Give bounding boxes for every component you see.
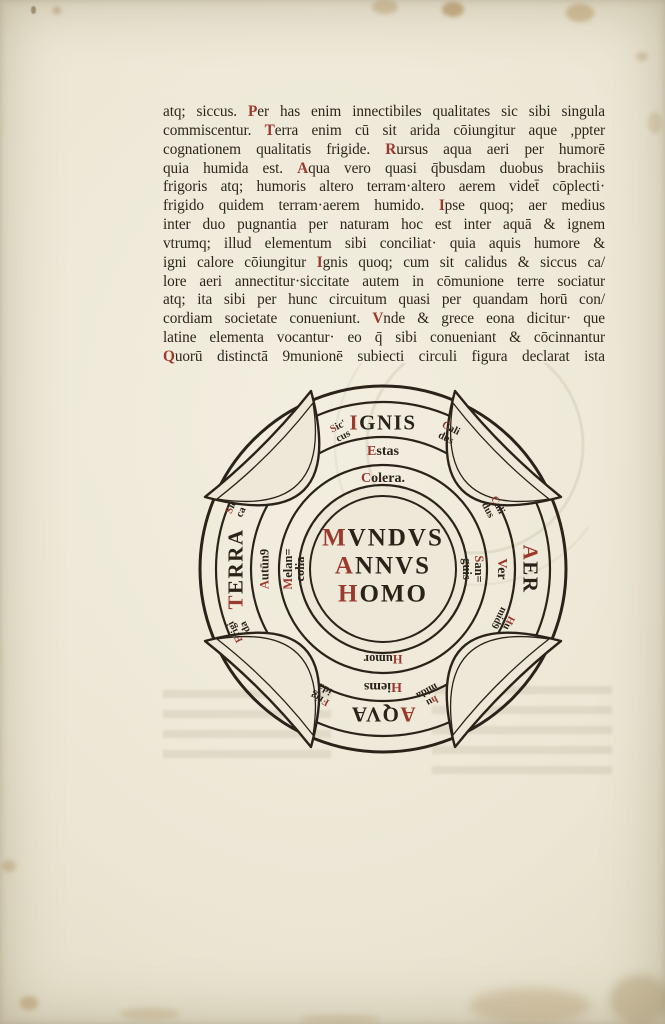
label-line: Autūn9 [258, 549, 273, 589]
foxing-spot [20, 996, 38, 1010]
text-segment: atq; siccus. [163, 103, 248, 120]
rubricated-initial: Q [163, 348, 175, 365]
rubricated-initial: V [494, 558, 509, 567]
label-line: IGNIS [349, 411, 416, 436]
text-line: commiscentur. Terra enim cū sit arida cō… [163, 122, 605, 141]
text-segment: colia [293, 557, 307, 582]
rubricated-initial: T [265, 122, 275, 139]
text-line: quia humida est. Aqua vero quasi q̄busda… [163, 160, 605, 179]
quality-ribbon [447, 391, 561, 505]
rubricated-initial: H [393, 652, 403, 666]
humor-label-colera: Colera. [361, 471, 405, 487]
text-line: igni calore cōiungitur Ignis quoq; cum s… [163, 254, 605, 273]
book-page: atq; siccus. Per has enim innectibiles q… [0, 0, 665, 1024]
label-line: Estas [367, 444, 399, 460]
centre-word-homo: HOMO [338, 581, 428, 608]
centre-word-annus: ANNVS [335, 553, 431, 580]
text-line: inter duo pugnantia per naturam hoc est … [163, 216, 605, 235]
body-text: atq; siccus. Per has enim innectibiles q… [163, 103, 605, 367]
text-segment: er has enim innectibiles qualitates sic … [257, 103, 605, 120]
text-line: cordiam societate conueniunt. Vnde & gre… [163, 310, 605, 329]
text-segment: OMO [359, 581, 428, 608]
stain [120, 1008, 180, 1020]
rubricated-initial: I [349, 411, 359, 435]
label-line: Ver [493, 558, 509, 579]
quality-ribbon [205, 633, 319, 747]
text-segment: lore aeri annectitur·siccitate autem in … [163, 273, 605, 290]
label-line: TERRA [224, 528, 249, 609]
label-line: MVNDVS [322, 525, 444, 552]
text-segment: NNVS [355, 553, 431, 580]
label-line: AER [518, 545, 543, 594]
text-segment: igni calore cōiungitur [163, 254, 317, 271]
humor-label-melancolia: Melan=colia [282, 548, 306, 589]
text-segment: cordiam societate conueniunt. [163, 310, 372, 327]
text-segment: er [494, 567, 509, 579]
text-segment: GNIS [359, 411, 416, 435]
text-segment: ER [519, 561, 543, 593]
text-line: cognationem qualitatis frigide. Rursus a… [163, 141, 605, 160]
text-segment: frigoris atq; humoris altero terram·alte… [163, 178, 605, 195]
text-line: frigoris atq; humoris altero terram·alte… [163, 178, 605, 197]
rubricated-initial: H [391, 679, 402, 694]
label-line: colia [294, 548, 306, 589]
text-segment: latine elementa vocantur· eo q̄ sibi con… [163, 329, 605, 346]
rubricated-initial: A [399, 703, 416, 727]
rubricated-initial: A [335, 553, 355, 580]
stain [470, 988, 590, 1024]
foxing-spot [442, 2, 464, 17]
foxing-spot [372, 0, 398, 14]
label-line: ANNVS [335, 553, 431, 580]
quality-ribbon [447, 633, 561, 747]
text-segment: utūn9 [258, 549, 272, 580]
text-segment: olera. [371, 471, 405, 486]
rubricated-initial: E [367, 444, 376, 459]
text-segment: guis [460, 558, 474, 580]
humor-label-humor: Humor [364, 653, 403, 665]
humor-label-sanguis: San=guis [461, 555, 485, 582]
label-line: Colera. [361, 471, 405, 487]
stain [300, 1014, 380, 1024]
text-segment: ursus aqua aeri per humorē [396, 141, 605, 158]
rubricated-initial: V [372, 310, 383, 327]
stain [610, 975, 665, 1024]
ink-speck [31, 6, 36, 14]
label-line: San= [473, 555, 485, 582]
text-segment: ERRA [224, 528, 248, 594]
text-segment: commiscentur. [163, 122, 265, 139]
text-segment: frigido quidem terram·aerem humido. [163, 197, 439, 214]
element-label-aqua: AQVA [350, 702, 415, 727]
label-line: guis [461, 555, 473, 582]
label-line: Humor [364, 653, 403, 665]
rubricated-initial: M [322, 525, 348, 552]
text-segment: umor [364, 652, 393, 666]
season-label-estas: Estas [367, 444, 399, 460]
label-line: Hiems [364, 678, 402, 694]
text-segment: QVA [350, 703, 398, 727]
quality-ribbon [205, 391, 319, 505]
text-line: frigido quidem terram·aerem humido. Ipse… [163, 197, 605, 216]
rubricated-initial: S [472, 555, 486, 562]
rubricated-initial: T [224, 594, 248, 610]
text-line: atq; ita sibi per hunc circuitum quasi p… [163, 291, 605, 310]
text-segment: vtrumq; illud elementum sibi conciliat· … [163, 235, 605, 252]
text-line: latine elementa vocantur· eo q̄ sibi con… [163, 329, 605, 348]
text-segment: gnis quoq; cum sit calidus & siccus ca/ [323, 254, 605, 271]
rubricated-initial: C [361, 471, 371, 486]
text-segment: inter duo pugnantia per naturam hoc est … [163, 216, 605, 233]
text-line: atq; siccus. Per has enim innectibiles q… [163, 103, 605, 122]
element-label-aer: AER [518, 545, 543, 594]
season-label-autumnus: Autūn9 [258, 549, 273, 589]
season-label-ver: Ver [493, 558, 509, 579]
text-segment: pse quoq; aer medius [445, 197, 605, 214]
foxing-spot [648, 112, 662, 134]
foxing-spot [53, 7, 61, 14]
text-segment: iems [364, 679, 391, 694]
text-line: lore aeri annectitur·siccitate autem in … [163, 273, 605, 292]
foxing-spot [636, 52, 648, 61]
text-segment: atq; ita sibi per hunc circuitum quasi p… [163, 291, 605, 308]
foxing-spot [566, 4, 594, 22]
text-segment: erra enim cū sit arida cōiungitur aque ,… [275, 122, 605, 139]
text-segment: cognationem qualitatis frigide. [163, 141, 385, 158]
text-segment: VNDVS [348, 525, 444, 552]
rubricated-initial: A [258, 580, 272, 589]
season-label-hiems: Hiems [364, 678, 402, 694]
rubricated-initial: P [248, 103, 257, 120]
rubricated-initial: R [385, 141, 396, 158]
text-segment: qua vero quasi q̄busdam duobus brachiis [308, 160, 605, 177]
text-line: vtrumq; illud elementum sibi conciliat· … [163, 235, 605, 254]
elements-rota-diagram: MVNDVS ANNVS HOMO IGNIS Estas Colera. AE… [177, 363, 589, 775]
text-segment: stas [376, 444, 399, 459]
rubricated-initial: A [519, 545, 543, 562]
rubricated-initial: H [338, 581, 359, 608]
label-line: HOMO [338, 581, 428, 608]
element-label-terra: TERRA [224, 528, 249, 609]
rubricated-initial: A [297, 160, 308, 177]
label-line: AQVA [350, 702, 415, 727]
centre-word-mundus: MVNDVS [322, 525, 444, 552]
text-segment: nde & grece eona dicitur· que [383, 310, 605, 327]
element-label-ignis: IGNIS [349, 411, 416, 436]
text-segment: an= [472, 562, 486, 582]
text-segment: quia humida est. [163, 160, 297, 177]
foxing-spot [2, 860, 16, 872]
